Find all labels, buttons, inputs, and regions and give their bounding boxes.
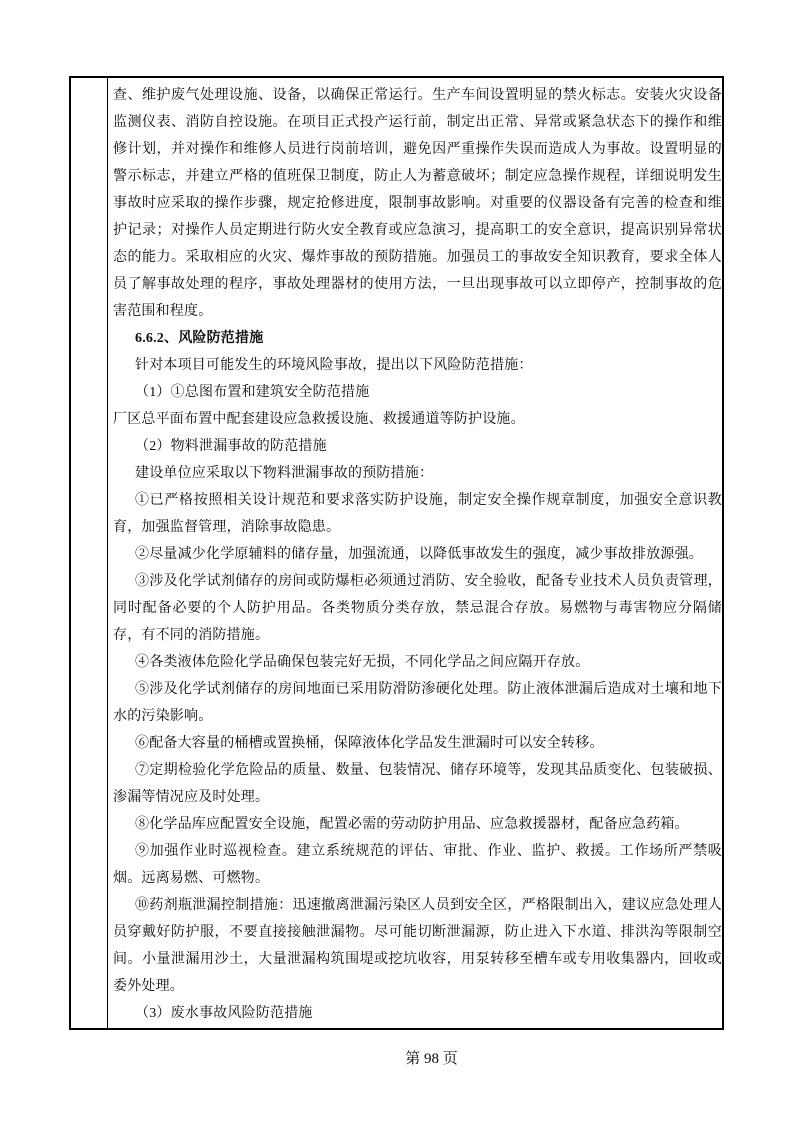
page: { "page": { "footer_text": "第 98 页", "co… [0,0,793,1122]
paragraph: （1）①总图布置和建筑安全防范措施 [113,379,722,406]
section-heading: 6.6.2、风险防范措施 [113,325,722,352]
paragraph: ⑥配备大容量的桶槽或置换桶，保障液体化学品发生泄漏时可以安全转移。 [113,730,722,757]
paragraph: ⑨加强作业时巡视检查。建立系统规范的评估、审批、作业、监护、救援。工作场所严禁吸… [113,838,722,892]
paragraph: ④各类液体危险化学品确保包装完好无损，不同化学品之间应隔开存放。 [113,649,722,676]
table-left-column-cell [71,78,108,1028]
paragraph: 当发生事故废水异常排放情况，为防止大量污染物进入排水系统，项目采取以下防范措施： [113,1027,722,1028]
paragraph: （2）物料泄漏事故的防范措施 [113,433,722,460]
paragraph: ⑧化学品库应配置安全设施，配置必需的劳动防护用品、应急救援器材，配备应急药箱。 [113,811,722,838]
paragraph: ③涉及化学试剂储存的房间或防爆柜必须通过消防、安全验收，配备专业技术人员负责管理… [113,568,722,649]
paragraph: ⑤涉及化学试剂储存的房间地面已采用防滑防渗硬化处理。防止液体泄漏后造成对土壤和地… [113,676,722,730]
document-table: 查、维护废气处理设施、设备，以确保正常运行。生产车间设置明显的禁火标志。安装火灾… [69,76,724,1030]
page-number: 第 98 页 [69,1046,759,1073]
paragraph: 针对本项目可能发生的环境风险事故，提出以下风险防范措施： [113,352,722,379]
document-body: 查、维护废气处理设施、设备，以确保正常运行。生产车间设置明显的禁火标志。安装火灾… [108,78,722,1028]
paragraph: 查、维护废气处理设施、设备，以确保正常运行。生产车间设置明显的禁火标志。安装火灾… [113,82,722,325]
paragraph: 建设单位应采取以下物料泄漏事故的预防措施： [113,460,722,487]
paragraph: 厂区总平面布置中配套建设应急救援设施、救援通道等防护设施。 [113,406,722,433]
paragraph: ①已严格按照相关设计规范和要求落实防护设施，制定安全操作规章制度，加强安全意识教… [113,487,722,541]
paragraph: （3）废水事故风险防范措施 [113,1000,722,1027]
paragraph: ⑦定期检验化学危险品的质量、数量、包装情况、储存环境等，发现其品质变化、包装破损… [113,757,722,811]
paragraph: ②尽量减少化学原辅料的储存量，加强流通，以降低事故发生的强度，减少事故排放源强。 [113,541,722,568]
paragraph: ⑩药剂瓶泄漏控制措施：迅速撤离泄漏污染区人员到安全区，严格限制出入，建议应急处理… [113,892,722,1000]
